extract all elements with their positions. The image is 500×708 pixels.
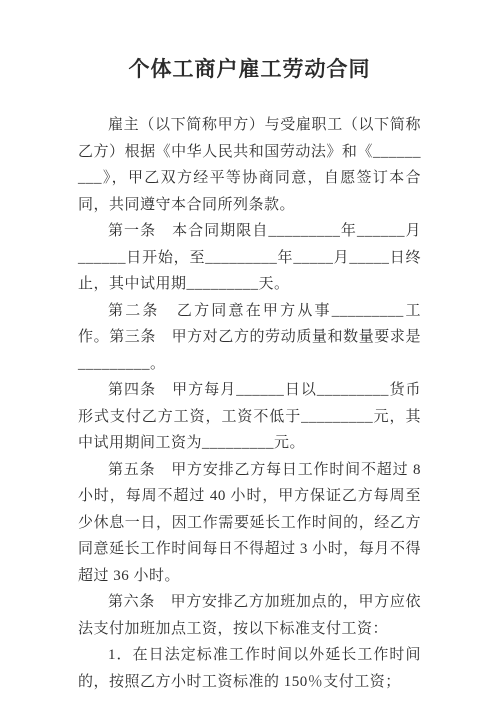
document-page: 个体工商户雇工劳动合同 雇主（以下简称甲方）与受雇职工（以下简称乙方）根据《中华… — [0, 0, 500, 708]
contract-clause-1-paragraph: 第一条 本合同期限自_________年______月______日开始，至__… — [78, 218, 421, 298]
contract-preamble-paragraph: 雇主（以下简称甲方）与受雇职工（以下简称乙方）根据《中华人民共和国劳动法》和《_… — [78, 112, 421, 218]
contract-clause-5-paragraph: 第五条 甲方安排乙方每日工作时间不超过 8 小时，每周不超过 40 小时，甲方保… — [78, 457, 421, 590]
contract-clause-6-item-1-paragraph: 1．在日法定标准工作时间以外延长工作时间的，按照乙方小时工资标准的 150％支付… — [78, 642, 421, 695]
document-title: 个体工商户雇工劳动合同 — [78, 56, 421, 82]
contract-clause-2-3-paragraph: 第二条 乙方同意在甲方从事_________工作。第三条 甲方对乙方的劳动质量和… — [78, 298, 421, 378]
contract-clause-6-paragraph: 第六条 甲方安排乙方加班加点的，甲方应依法支付加班加点工资，按以下标准支付工资： — [78, 589, 421, 642]
contract-clause-4-paragraph: 第四条 甲方每月______日以_________货币形式支付乙方工资，工资不低… — [78, 377, 421, 457]
document-body: 雇主（以下简称甲方）与受雇职工（以下简称乙方）根据《中华人民共和国劳动法》和《_… — [78, 112, 421, 695]
